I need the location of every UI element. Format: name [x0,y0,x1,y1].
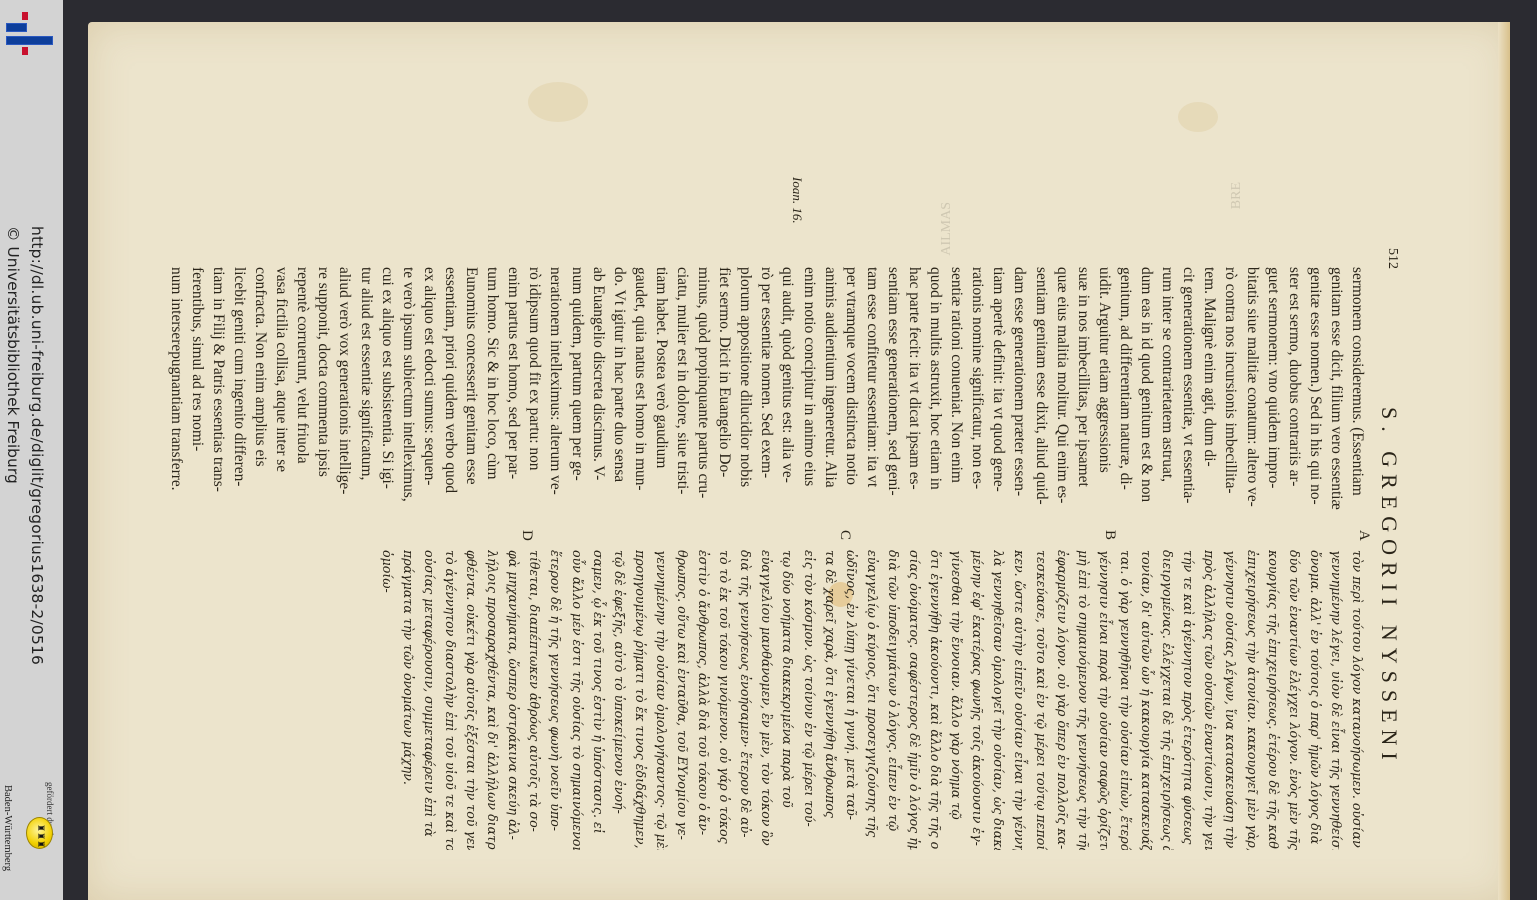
text-line: vasa fictilia collisa, atque inter se [271,267,292,537]
text-line: aliud verò vox generationis intellige- [334,267,355,537]
text-line: guet sermonem: vno quidem impro- [1263,267,1284,537]
text-line: λὰ γεννηθεῖσαν ὁμολογεῖ τὴν οὐσίαν, ὡς δ… [988,550,1009,850]
text-line: κεν. ὥστε αὐτὴν εἰπεῖν οὐσίαν εἶναι τὴν … [1009,550,1030,850]
text-line: τίθεται, διαπέπτωκεν ἀθρόως αὐτοῖς τὰ σο… [524,550,545,850]
text-line: ὁμοίω- [377,550,398,850]
logo-blue-bar-long [6,36,53,45]
text-line: διειργομένας. ἐλέγχεται δὲ τῆς ἐπιχειρήσ… [1157,550,1178,850]
text-line: sentiam esse generationem, sed geni- [883,267,904,537]
text-line: λήλοις προσαραχθέντα, καὶ δι' ἀλλήλων δι… [482,550,503,850]
text-line: δύο τῶν ἐναντίων ἐλέγχει λόγον. ἑνὸς μὲν… [1284,550,1305,850]
running-head: S. GREGORII NYSSENI [1376,407,1402,767]
text-line: enim partus est homo, sed per par- [503,267,524,537]
text-line: θρωπος. οὕτω καὶ ἐνταῦθα, τοῦ ΕΥνομίου γ… [672,550,693,850]
text-line: te verò ipsum subiectum intelleximus, [398,267,419,537]
text-line: τονίαν, δι' αὐτῶν ὧν ἡ κακουργία κατασκε… [1136,550,1157,850]
text-line: τῳ δύο νοήματα διακεκριμένα παρὰ τοῦ [777,550,798,850]
text-line: tum homo. Sic & in hoc loco, cùm [482,267,503,537]
text-line: quod in multis astruxit, hoc etiam in [925,267,946,537]
text-line: τεσκεύασε, τοῦτο καὶ ἐν τῷ μέρει τούτῳ π… [1031,550,1052,850]
text-line: animis audientium ingeneretur. Alia [820,267,841,537]
text-line: minus, quòd propinquante partus cru- [693,267,714,537]
text-line: sentiæ rationi conueniat. Non enim [946,267,967,537]
text-line: ferentibus, simul ad res nomi- [187,267,208,537]
copyright-notice: © Universitätsbibliothek Freiburg [4,226,22,484]
text-line: μὴ ἐπὶ τὸ σημαινόμενον τῆς γεννήσεως τὴν… [1073,550,1094,850]
text-line: fiet sermo. Dicit in Euangelio Do- [714,267,735,537]
text-line: ster est sermo, duobus contrariis ar- [1284,267,1305,537]
text-line: do. Vt igitur in hac parte duo sensa [609,267,630,537]
text-line: ται. ὁ γὰρ γεννηθῆναι τὴν οὐσίαν εἰπὼν, … [1115,550,1136,850]
text-line: γέννησιν εἶναι παρὰ τὴν οὐσίαν σαφῶς ὁρί… [1094,550,1115,850]
permalink-url[interactable]: http://dl.ub.uni-freiburg.de/diglit/greg… [28,226,46,665]
logo-blue-bar-short [6,23,27,32]
text-line: sermonem consideremus. (Essentiam [1347,267,1368,537]
text-line: re supponit, docta commenta ipsis [313,267,334,537]
text-line: διὰ τῆς γεννήσεως ἐνοήσαμεν· ἕτερον δὲ α… [735,550,756,850]
text-line: πράγματα τὴν τῶν ὀνομάτων μάχην. [398,550,419,850]
text-line: nerationem intelleximus: alterum ve- [545,267,566,537]
text-line: εὐαγγελίῳ ὁ κύριος, ὅτι προσεγγιζούσης τ… [862,550,883,850]
text-line: ὅτι ἐγεννήθη ἀκούοντι, καὶ ἄλλο διὰ τῆς … [925,550,946,850]
text-line: hac parte fecit: ita vt dicat ipsam es- [904,267,925,537]
viewer-sidebar: http://dl.ub.uni-freiburg.de/diglit/greg… [0,0,64,900]
bleed-through-text: BRE [1229,182,1245,209]
text-line: tur aliud est essentiæ significatum, [356,267,377,537]
page-header: 512 S. GREGORII NYSSENI [1372,22,1402,900]
text-line: rò contra nos incursionis imbecillita- [1220,267,1241,537]
logo-red-mark [22,12,28,20]
text-line: genitam esse dicit, filium vero essentiæ [1326,267,1347,537]
text-line: ab Euangelio discreta discimus. V- [588,267,609,537]
text-line: rationis nomine significatur, non es- [967,267,988,537]
text-line: plorum appositione dilucidior nobis [735,267,756,537]
text-line: φὰ μηχανήματα, ὥσπερ ὀστράκινα σκεύη ἀλ- [503,550,524,850]
bleed-through-text: AILMAS [939,202,955,256]
text-line: ὄνομα. ἀλλ' ἐν τούτοις ὁ παρ' ἡμῶν λόγος… [1305,550,1326,850]
logo-red-mark [22,47,28,55]
text-line: τα δὲ χαρεῖ χαρὰ, ὅτι ἐγεννήθη ἄνθρωπος [820,550,841,850]
text-line: dum eas in id quod genitum est & non [1136,267,1157,537]
text-line: ciatu, mulier est in dolore, siue tristi… [672,267,693,537]
text-line: repentè corruerunt, velut friuola [292,267,313,537]
text-line: num interserepugnantiam transferre. [166,267,187,537]
text-line: sentiam genitam esse dixit, aliud quid- [1031,267,1052,537]
text-line: γεννημένην τὴν οὐσίαν ὁμολογήσαντος· τῷ … [651,550,672,850]
text-line: tam esse confitetur essentiam: ita vt [862,267,883,537]
text-line: bitatis siue malitiæ conatum: altero ve- [1241,267,1262,537]
rotated-page-content: 512 S. GREGORII NYSSENI AILMAS BRE Ioan.… [88,22,1510,900]
text-line: cui ex aliquo est subsistentia. Si igi- [377,267,398,537]
text-line: tiam habet. Postea verò gaudium [651,267,672,537]
text-line: suæ in nos imbecillitas, per ipsamet [1073,267,1094,537]
text-line: τὸ ἀγέννητον διαστολὴν ἐπὶ τοῦ υἱοῦ τε κ… [440,550,461,850]
text-line: genitum, ad differentiam naturæ, di- [1115,267,1136,537]
text-line: tem. Malignè enim agit, dum di- [1199,267,1220,537]
text-line: τὸ τὸ ἐκ τοῦ τόκου γινόμενον. οὐ γάρ ὁ τ… [714,550,735,850]
text-line: qui audit, quòd genitus est: alia ve- [777,267,798,537]
text-line: num quidem, partum quem per ge- [566,267,587,537]
text-line: confracta. Non enim amplius eis [250,267,271,537]
text-line: uidit. Arguitur etiam aggressionis [1094,267,1115,537]
text-line: per vtramque vocem distincta notio [841,267,862,537]
text-line: tiam apertè definit: ita vt quod gene- [988,267,1009,537]
latin-column: sermonem consideremus. (Essentiamgenitam… [166,267,1368,537]
text-line: enim notio concipitur in animo eius [798,267,819,537]
text-line: τῷ δὲ ἐφεξῆς, αὐτὸ τὸ ὑποκείμενον ἐνοή- [609,550,630,850]
text-line: tiam in Filij & Patris essentias trans- [208,267,229,537]
text-line: ex aliquo est edocti sumus: sequen- [419,267,440,537]
text-line: quæ eius malitia molitur. Qui enim es- [1052,267,1073,537]
text-line: ὠδῖνος, ἐν λύπῃ γίνεται ἡ γυνή. μετὰ ταῦ… [841,550,862,850]
text-line: τὸν περὶ τούτου λόγον κατανοήσωμεν. οὐσί… [1347,550,1368,850]
text-line: rò per essentiæ nomen. Sed exem- [756,267,777,537]
text-line: κουργίας τῆς ἐπιχειρήσεως. ἑτέρου δὲ τῆς… [1263,550,1284,850]
text-line: σίας ὀνόματος. σαφέστερος δὲ ἡμῖν ὁ λόγο… [904,550,925,850]
text-line: οὐσίας μεταφέρουσιν, συμμεταφέρειν ἐπὶ τ… [419,550,440,850]
text-line: οὖν ἄλλο μέν ἐστι τῆς οὐσίας τὸ σημαινόμ… [566,550,587,850]
text-line: rò idipsum quod fit ex partu: non [524,267,545,537]
text-line: προηγουμένῳ ῥήματι τὸ ἔκ τινος ἐδιδάχθημ… [630,550,651,850]
text-line: φθέντα. οὐκέτι γὰρ αὐτοῖς ἐξέσται τὴν το… [461,550,482,850]
text-line: ἐφαρμόζειν λόγον. οὐ γὰρ ὅπερ ἐν πολλοῖς… [1052,550,1073,850]
text-line: εἰς τὸν κόσμον. ὡς τοίνυν ἐν τῷ μέρει το… [798,550,819,850]
text-line: gaudet, quia natus est homo in mun- [630,267,651,537]
badge-glyph: ♜♜♜ [33,824,46,841]
text-line: τήν τε καὶ ἀγέννητον πρὸς ἑτερότητα φύσε… [1178,550,1199,850]
text-line: genitæ esse nomen.) Sed in his qui no- [1305,267,1326,537]
text-line: μένην ἐφ' ἑκατέρας φωνῆς τοῖς ἀκούουσιν … [967,550,988,850]
text-line: dam esse generationem præter essen- [1009,267,1030,537]
text-line: cit generationem essentiæ, vt essentia- [1178,267,1199,537]
text-line: γέννησιν οὐσίας λέγων, ἵνα κατασκευάσῃ τ… [1220,550,1241,850]
baden-wuerttemberg-coat-of-arms-icon: ♜♜♜ [26,817,53,849]
text-line: σαμεν, ᾧ ἐκ τοῦ τινος ἐστὶν ἡ ὑπόστασις.… [588,550,609,850]
text-line: γίνεσθαι τὴν ἔννοιαν. ἄλλο γὰρ νόημα τῷ [946,550,967,850]
text-line: rum inter se contrarietatem astruat, [1157,267,1178,537]
page-number: 512 [1384,248,1400,269]
text-line: licebit geniti cum ingenito differen- [229,267,250,537]
text-line: ἐπιχειρήσεως τὴν ἀτονίαν. κακουργεῖ μὲν … [1241,550,1262,850]
text-line: διὰ τῶν ὑποδειγμάτων ὁ λόγος. εἶπεν ἐν τ… [883,550,904,850]
ub-freiburg-logo-icon[interactable] [6,12,54,57]
text-line: ἕτερον δὲ ἡ τῆς γεννήσεως φωνὴ νοεῖν ὑπο… [545,550,566,850]
text-line: πρὸς ἀλλήλας τῶν οὐσιῶν ἐναντίωσιν, τὴν … [1199,550,1220,850]
text-line: essentiam, priori quidem verbo quod [440,267,461,537]
text-line: γεννημένην λέγει, υἱὸν δὲ εἶναι τῆς γενν… [1326,550,1347,850]
marginal-note: Ioan. 16. [789,177,805,224]
text-line: ἐστὶν ὁ ἄνθρωπος, ἀλλὰ διὰ τοῦ τόκου ὁ ἄ… [693,550,714,850]
sponsor-name: Baden-Württemberg [2,785,13,871]
text-line: εὐαγγελίου μανθάνομεν, ἓν μὲν, τὸν τόκον… [756,550,777,850]
text-line: Eunomius concesserit genitam esse [461,267,482,537]
greek-column: τὸν περὶ τούτου λόγον κατανοήσωμεν. οὐσί… [377,550,1368,850]
